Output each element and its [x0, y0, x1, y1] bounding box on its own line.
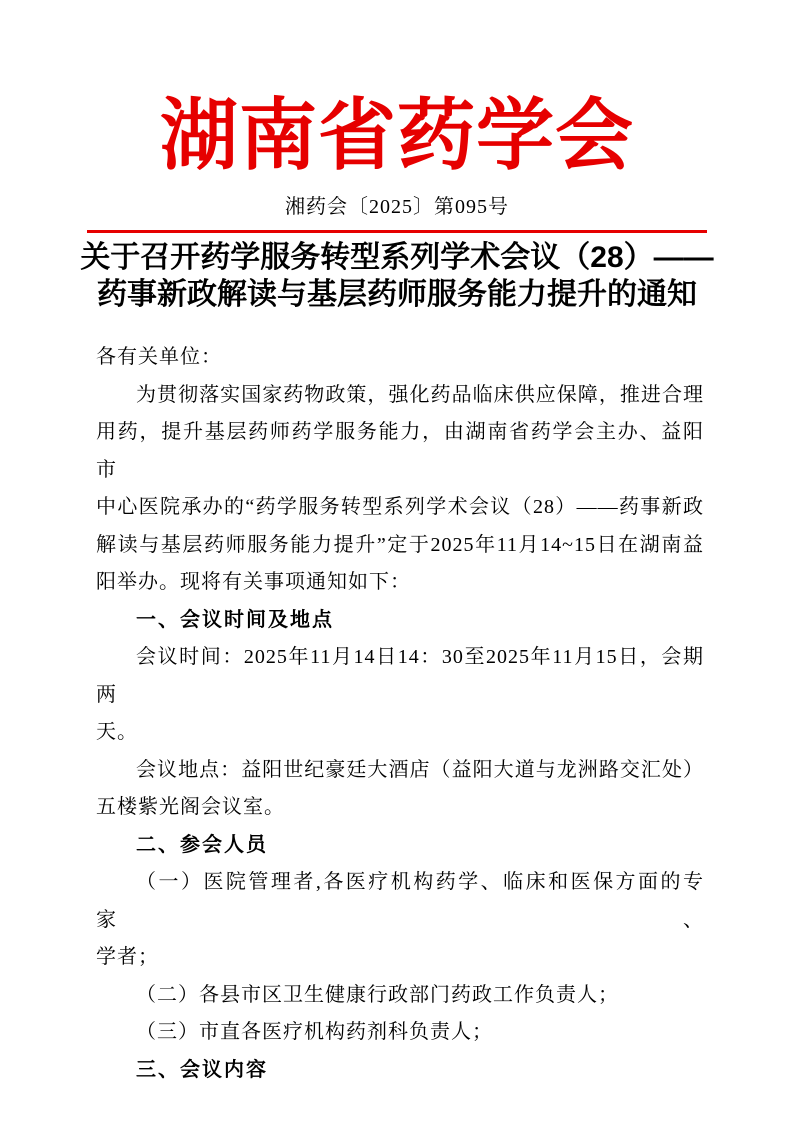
section-3-heading: 三、会议内容 [96, 1052, 704, 1090]
intro-paragraph-line-5: 阳举办。现将有关事项通知如下： [96, 564, 704, 602]
intro-paragraph-line-2: 用药，提升基层药师药学服务能力，由湖南省药学会主办、益阳市 [96, 414, 704, 489]
letterhead: 湖南省药学会 湘药会〔2025〕第095号 [0, 84, 794, 233]
section-2-heading: 二、参会人员 [96, 827, 704, 865]
notice-body: 各有关单位： 为贯彻落实国家药物政策，强化药品临床供应保障，推进合理 用药，提升… [96, 339, 704, 1089]
attendee-item-3: （三）市直各医疗机构药剂科负责人； [96, 1014, 704, 1052]
meeting-venue-line-1: 会议地点：益阳世纪豪廷大酒店（益阳大道与龙洲路交汇处） [96, 752, 704, 790]
intro-paragraph-line-4: 解读与基层药师服务能力提升”定于2025年11月14~15日在湖南益 [96, 527, 704, 565]
notice-title-line2: 药事新政解读与基层药师服务能力提升的通知 [0, 276, 794, 313]
section-1-heading: 一、会议时间及地点 [96, 602, 704, 640]
intro-paragraph-line-3: 中心医院承办的“药学服务转型系列学术会议（28）——药事新政 [96, 489, 704, 527]
salutation: 各有关单位： [96, 339, 704, 377]
notice-title-line1: 关于召开药学服务转型系列学术会议（28）—— [0, 239, 794, 276]
document-page: 湖南省药学会 湘药会〔2025〕第095号 关于召开药学服务转型系列学术会议（2… [0, 0, 794, 1123]
meeting-time-line-1: 会议时间：2025年11月14日14：30至2025年11月15日，会期两 [96, 639, 704, 714]
attendee-item-1-line-2: 学者； [96, 939, 704, 977]
red-divider-line [87, 230, 707, 233]
attendee-item-1-line-1: （一）医院管理者,各医疗机构药学、临床和医保方面的专家、 [96, 864, 704, 939]
intro-paragraph-line-1: 为贯彻落实国家药物政策，强化药品临床供应保障，推进合理 [96, 377, 704, 415]
org-title: 湖南省药学会 [0, 84, 794, 188]
doc-number: 湘药会〔2025〕第095号 [0, 194, 794, 220]
meeting-venue-line-2: 五楼紫光阁会议室。 [96, 789, 704, 827]
attendee-item-2: （二）各县市区卫生健康行政部门药政工作负责人； [96, 977, 704, 1015]
meeting-time-line-2: 天。 [96, 714, 704, 752]
notice-title: 关于召开药学服务转型系列学术会议（28）—— 药事新政解读与基层药师服务能力提升… [0, 239, 794, 313]
